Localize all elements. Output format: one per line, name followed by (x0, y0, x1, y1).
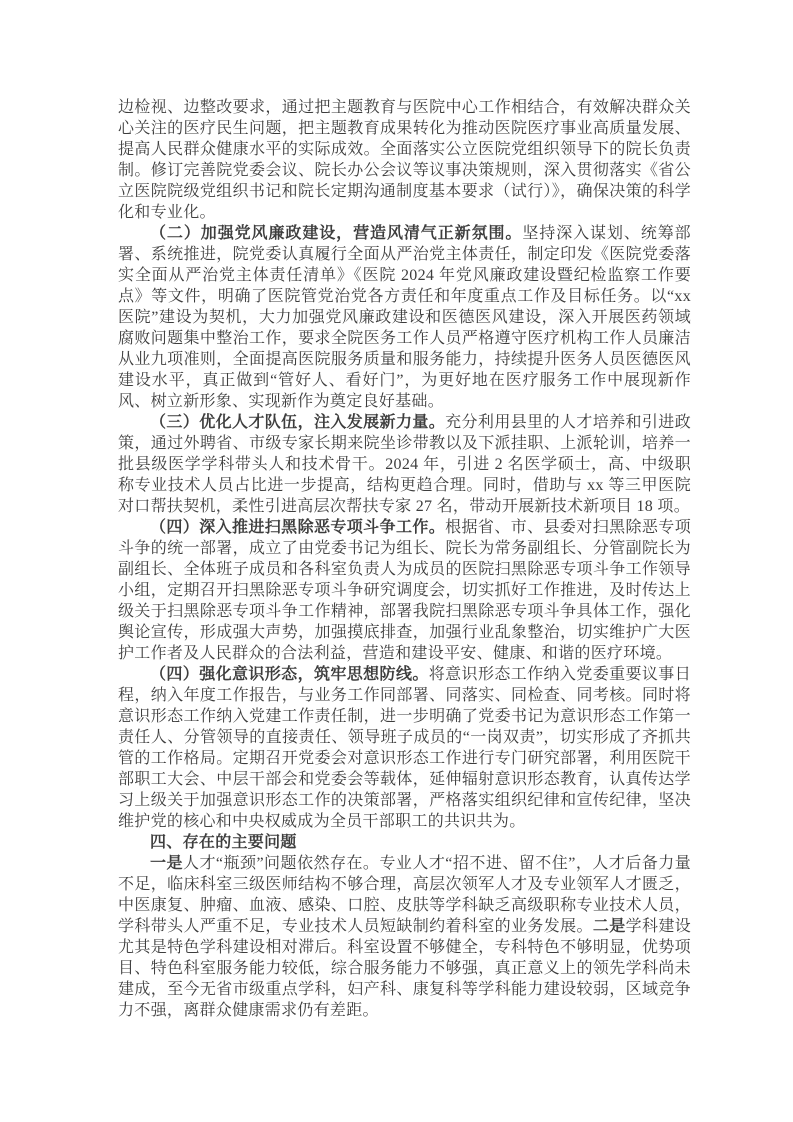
bold-text-run: （四）深入推进扫黑除恶专项斗争工作。 (150, 519, 445, 536)
bold-text-run: （四）强化意识形态，筑牢思想防线。 (150, 666, 429, 683)
document-page: 边检视、边整改要求，通过把主题教育与医院中心工作相结合，有效解决群众关心关注的医… (0, 0, 793, 1122)
section-heading-problems: 四、存在的主要问题 (118, 832, 691, 853)
bold-text-run: 四、存在的主要问题 (150, 834, 297, 851)
text-run: 坚持深入谋划、统筹部署、系统推进，院党委认真履行全面从严治党主体责任，制定印发《… (118, 225, 691, 410)
bold-text-run: 二是 (593, 918, 626, 935)
bold-text-run: （二）加强党风廉政建设，营造风清气正新氛围。 (150, 225, 522, 242)
text-run: 根据省、市、县委对扫黑除恶专项斗争的统一部署，成立了由党委书记为组长、院长为常务… (118, 519, 691, 662)
document-body: 边检视、边整改要求，通过把主题教育与医院中心工作相结合，有效解决群众关心关注的医… (118, 97, 691, 1021)
text-run: 将意识形态工作纳入党委重要议事日程，纳入年度工作报告，与业务工作同部署、同落实、… (118, 666, 691, 830)
paragraph-continuation: 边检视、边整改要求，通过把主题教育与医院中心工作相结合，有效解决群众关心关注的医… (118, 97, 691, 223)
paragraph-section-4: （四）深入推进扫黑除恶专项斗争工作。根据省、市、县委对扫黑除恶专项斗争的统一部署… (118, 517, 691, 664)
paragraph-problems: 一是人才“瓶颈”问题依然存在。专业人才“招不进、留不住”，人才后备力量不足，临床… (118, 853, 691, 1021)
bold-text-run: （三）优化人才队伍，注入发展新力量。 (150, 414, 445, 431)
paragraph-section-5: （四）强化意识形态，筑牢思想防线。将意识形态工作纳入党委重要议事日程，纳入年度工… (118, 664, 691, 832)
bold-text-run: 一是 (150, 855, 183, 872)
text-run: 边检视、边整改要求，通过把主题教育与医院中心工作相结合，有效解决群众关心关注的医… (118, 99, 691, 221)
paragraph-section-3: （三）优化人才队伍，注入发展新力量。充分利用县里的人才培养和引进政策，通过外聘省… (118, 412, 691, 517)
paragraph-section-2: （二）加强党风廉政建设，营造风清气正新氛围。坚持深入谋划、统筹部署、系统推进，院… (118, 223, 691, 412)
